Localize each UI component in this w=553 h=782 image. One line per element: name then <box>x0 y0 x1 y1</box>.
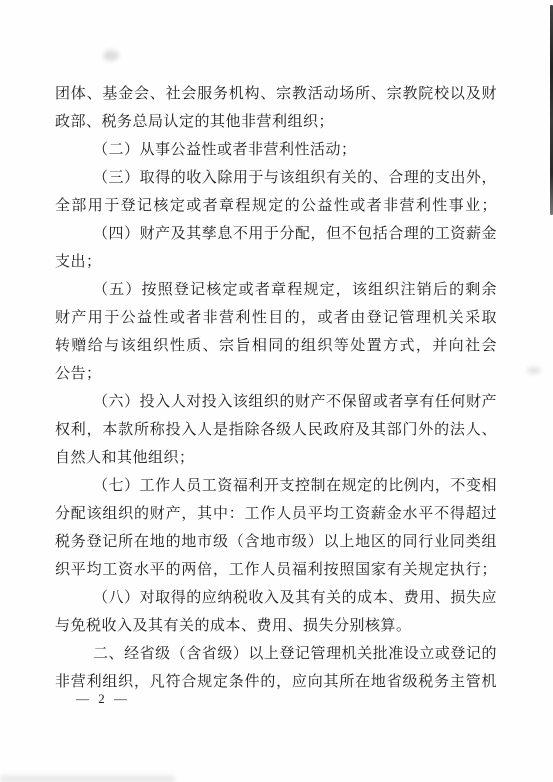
text-line: （七）工作人员工资福利开支控制在规定的比例内，不变相 <box>55 472 497 500</box>
text-line: （六）投入人对投入该组织的财产不保留或者享有任何财产 <box>55 388 497 416</box>
scan-smudge-top <box>103 50 119 61</box>
text-line: 税务登记所在地的地市级（含地市级）以上地区的同行业同类组 <box>55 528 497 556</box>
page-number: — 2 — <box>76 691 130 707</box>
text-line: （四）财产及其孳息不用于分配，但不包括合理的工资薪金 <box>55 220 497 248</box>
scan-smudge-bottom <box>0 775 175 782</box>
text-line: （二）从事公益性或者非营利性活动； <box>55 136 497 164</box>
text-line: 团体、基金会、社会服务机构、宗教活动场所、宗教院校以及财 <box>55 80 497 108</box>
scan-smudge-mid <box>527 367 541 374</box>
text-line: 支出； <box>55 248 497 276</box>
text-line: 政部、税务总局认定的其他非营利组织； <box>55 108 497 136</box>
text-line: （五）按照登记核定或者章程规定，该组织注销后的剩余 <box>55 276 497 304</box>
text-line: 二、经省级（含省级）以上登记管理机关批准设立或登记的 <box>55 640 497 668</box>
text-line: 全部用于登记核定或者章程规定的公益性或者非营利性事业； <box>55 192 497 220</box>
text-line: 与免税收入及其有关的成本、费用、损失分别核算。 <box>55 612 497 640</box>
text-line: （八）对取得的应纳税收入及其有关的成本、费用、损失应 <box>55 584 497 612</box>
text-line: 自然人和其他组织； <box>55 444 497 472</box>
text-line: 公告； <box>55 360 497 388</box>
text-line: 转赠给与该组织性质、宗旨相同的组织等处置方式，并向社会 <box>55 332 497 360</box>
document-body: 团体、基金会、社会服务机构、宗教活动场所、宗教院校以及财政部、税务总局认定的其他… <box>55 80 497 696</box>
text-line: （三）取得的收入除用于与该组织有关的、合理的支出外， <box>55 164 497 192</box>
text-line: 织平均工资水平的两倍，工作人员福利按照国家有关规定执行； <box>55 556 497 584</box>
text-line: 财产用于公益性或者非营利性目的，或者由登记管理机关采取 <box>55 304 497 332</box>
text-line: 分配该组织的财产，其中：工作人员平均工资薪金水平不得超过 <box>55 500 497 528</box>
scanned-page: 团体、基金会、社会服务机构、宗教活动场所、宗教院校以及财政部、税务总局认定的其他… <box>0 0 553 782</box>
text-line: 权利，本款所称投入人是指除各级人民政府及其部门外的法人、 <box>55 416 497 444</box>
